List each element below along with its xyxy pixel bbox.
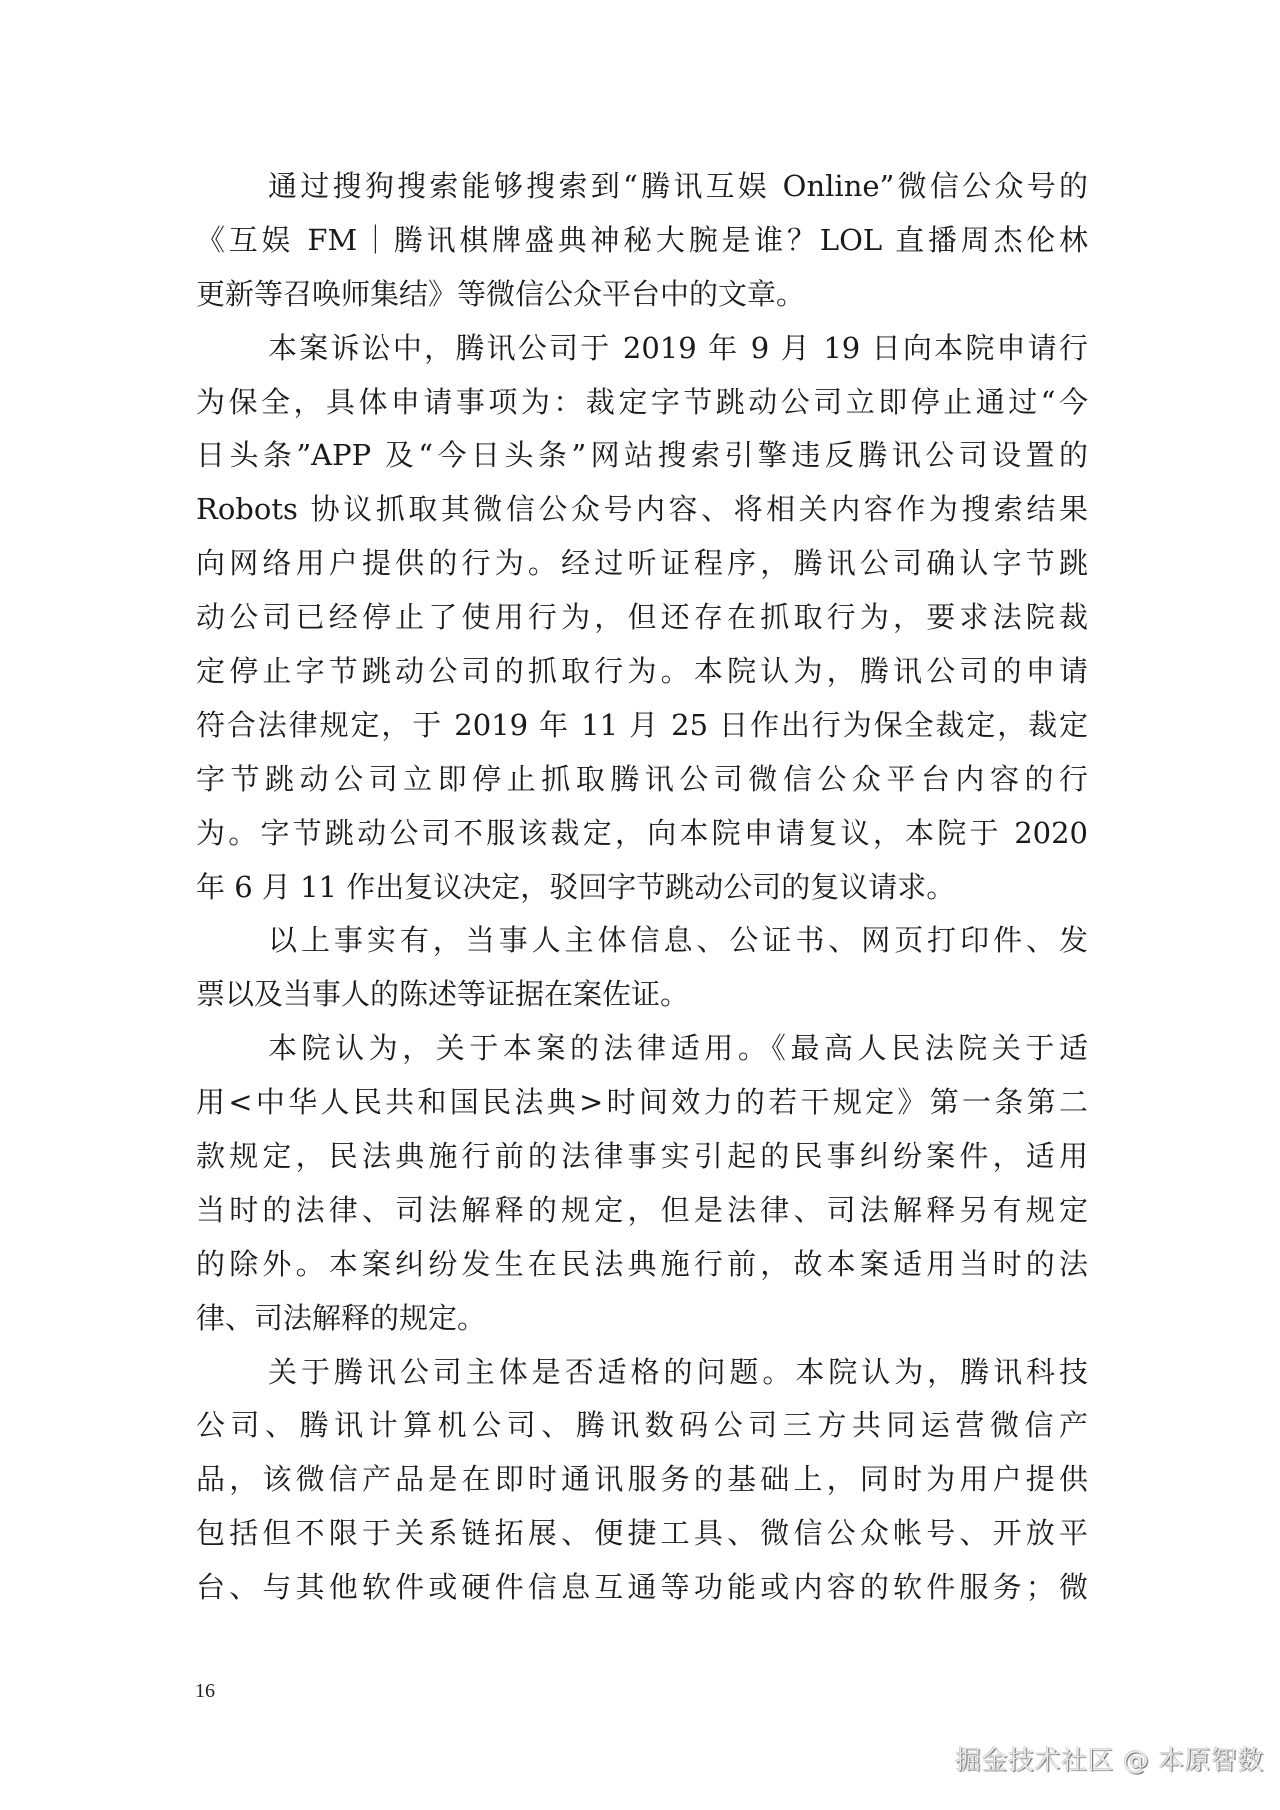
text-line: 通过搜狗搜索能够搜索到“腾讯互娱 Online”微信公众号的 (196, 160, 1088, 214)
text-line: 律、司法解释的规定。 (196, 1292, 1088, 1346)
text-line: 符合法律规定，于 2019 年 11 月 25 日作出行为保全裁定，裁定 (196, 699, 1088, 753)
text-line: 动公司已经停止了使用行为，但还存在抓取行为，要求法院裁 (196, 591, 1088, 645)
text-line: 当时的法律、司法解释的规定，但是法律、司法解释另有规定 (196, 1184, 1088, 1238)
text-line: 日头条”APP 及“今日头条”网站搜索引擎违反腾讯公司设置的 (196, 429, 1088, 483)
text-line: 本案诉讼中，腾讯公司于 2019 年 9 月 19 日向本院申请行 (196, 322, 1088, 376)
text-line: 的除外。本案纠纷发生在民法典施行前，故本案适用当时的法 (196, 1238, 1088, 1292)
document-page: 通过搜狗搜索能够搜索到“腾讯互娱 Online”微信公众号的 《互娱 FM｜腾讯… (0, 0, 1280, 1810)
body-text: 通过搜狗搜索能够搜索到“腾讯互娱 Online”微信公众号的 《互娱 FM｜腾讯… (196, 160, 1088, 1615)
text-line: 关于腾讯公司主体是否适格的问题。本院认为，腾讯科技 (196, 1346, 1088, 1400)
text-line: 包括但不限于关系链拓展、便捷工具、微信公众帐号、开放平 (196, 1507, 1088, 1561)
text-line: 《互娱 FM｜腾讯棋牌盛典神秘大腕是谁？LOL 直播周杰伦林 (196, 214, 1088, 268)
text-line: 为保全，具体申请事项为：裁定字节跳动公司立即停止通过“今 (196, 376, 1088, 430)
text-line: 台、与其他软件或硬件信息互通等功能或内容的软件服务；微 (196, 1561, 1088, 1615)
text-line: 票以及当事人的陈述等证据在案佐证。 (196, 968, 1088, 1022)
text-line: 年 6 月 11 作出复议决定，驳回字节跳动公司的复议请求。 (196, 861, 1088, 915)
text-line: 用<中华人民共和国民法典>时间效力的若干规定》第一条第二 (196, 1076, 1088, 1130)
text-line: 款规定，民法典施行前的法律事实引起的民事纠纷案件，适用 (196, 1130, 1088, 1184)
page-number: 16 (195, 1680, 215, 1703)
text-line: Robots 协议抓取其微信公众号内容、将相关内容作为搜索结果 (196, 483, 1088, 537)
text-line: 品，该微信产品是在即时通讯服务的基础上，同时为用户提供 (196, 1453, 1088, 1507)
text-line: 向网络用户提供的行为。经过听证程序，腾讯公司确认字节跳 (196, 537, 1088, 591)
text-line: 为。字节跳动公司不服该裁定，向本院申请复议，本院于 2020 (196, 807, 1088, 861)
text-line: 公司、腾讯计算机公司、腾讯数码公司三方共同运营微信产 (196, 1399, 1088, 1453)
watermark: 掘金技术社区 @ 本原智数 (955, 1740, 1264, 1777)
text-line: 字节跳动公司立即停止抓取腾讯公司微信公众平台内容的行 (196, 753, 1088, 807)
text-line: 以上事实有，当事人主体信息、公证书、网页打印件、发 (196, 914, 1088, 968)
text-line: 本院认为，关于本案的法律适用。《最高人民法院关于适 (196, 1022, 1088, 1076)
text-line: 更新等召唤师集结》等微信公众平台中的文章。 (196, 268, 1088, 322)
text-line: 定停止字节跳动公司的抓取行为。本院认为，腾讯公司的申请 (196, 645, 1088, 699)
